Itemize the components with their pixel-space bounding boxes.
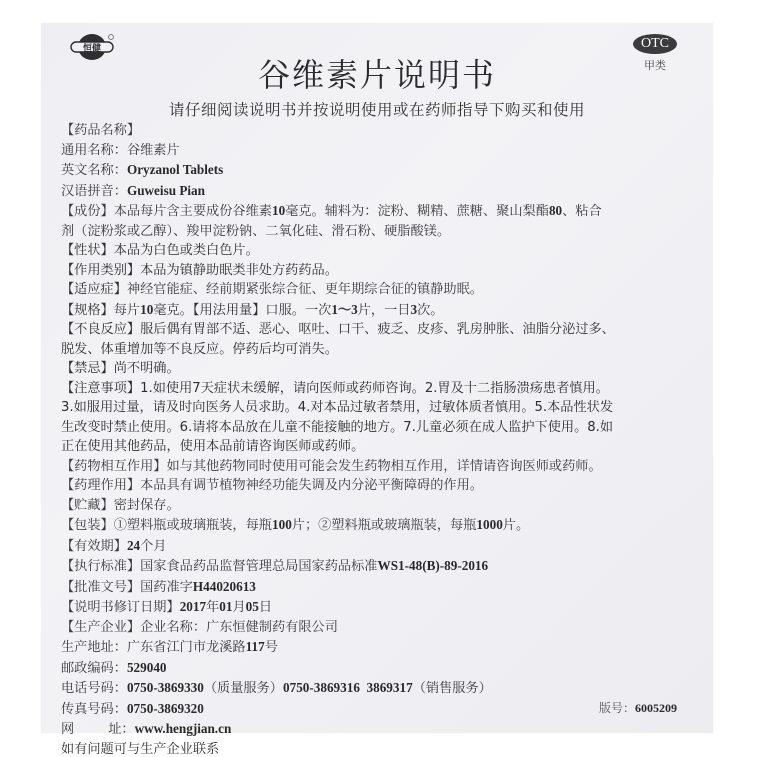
address-text: 广东省江门市龙溪路 bbox=[127, 640, 246, 655]
packaging-count: 1000 bbox=[476, 517, 502, 532]
section-heading: 【说明书修订日期】 bbox=[61, 600, 180, 615]
contraindications-row: 【禁忌】尚不明确。 bbox=[61, 359, 701, 379]
section-heading: 【注意事项】 bbox=[61, 381, 140, 396]
adverse-text: 脱发、体重增加等不良反应。停药后均可消失。 bbox=[61, 342, 338, 357]
version-value: 6005209 bbox=[635, 701, 677, 715]
revision-year: 2017 bbox=[180, 599, 206, 614]
usage-text: 次。 bbox=[417, 303, 443, 318]
precautions-text: 3.如服用过量，请及时向医务人员求助。4.对本品过敏者禁用，过敏体质者慎用。5.… bbox=[61, 400, 613, 415]
section-heading: 【性状】 bbox=[61, 243, 114, 258]
address-number: 117 bbox=[246, 639, 265, 654]
usage-text: 口服。一次 bbox=[265, 303, 331, 318]
section-heading: 【适应症】 bbox=[61, 282, 127, 297]
character-text: 本品为白色或类白色片。 bbox=[114, 243, 259, 258]
section-heading: 【生产企业】 bbox=[61, 620, 140, 635]
contraindications-text: 尚不明确。 bbox=[114, 361, 180, 376]
section-heading: 【药品名称】 bbox=[61, 123, 140, 138]
address-row: 生产地址：广东省江门市龙溪路117号 bbox=[61, 637, 701, 658]
indications-row: 【适应症】神经官能症、经前期紧张综合征、更年期综合征的镇静助眠。 bbox=[61, 280, 701, 300]
website-url: www.hengjian.cn bbox=[135, 721, 232, 736]
approval-code: H44020613 bbox=[193, 579, 256, 594]
precautions-row-3: 生改变时禁止使用。6.请将本品放在儿童不能接触的地方。7.儿童必须在成人监护下使… bbox=[61, 418, 701, 438]
leaflet-body: 【药品名称】 通用名称：谷维素片 英文名称：Oryzanol Tablets 汉… bbox=[61, 121, 701, 757]
field-label: 电话号码： bbox=[61, 681, 127, 696]
field-label: 生产地址： bbox=[61, 640, 127, 655]
version-number: 版号：6005209 bbox=[599, 699, 677, 716]
revision-month: 01 bbox=[219, 599, 232, 614]
category-text: 本品为镇静助眠类非处方药药品。 bbox=[140, 263, 338, 278]
section-heading: 【包装】 bbox=[61, 518, 114, 533]
pinyin-name: Guweisu Pian bbox=[127, 183, 205, 198]
interactions-row: 【药物相互作用】如与其他药物同时使用可能会发生药物相互作用，详情请咨询医师或药师… bbox=[61, 457, 701, 477]
composition-row-2: 剂（淀粉浆或乙醇）、羧甲淀粉钠、二氧化硅、滑石粉、硬脂酸镁。 bbox=[61, 222, 701, 242]
dose-value: 10 bbox=[272, 203, 285, 218]
section-heading: 【成份】 bbox=[61, 204, 114, 219]
field-label: 通用名称： bbox=[61, 143, 127, 158]
precautions-row-4: 正在使用其他药品，使用本品前请咨询医师或药师。 bbox=[61, 437, 701, 457]
fax-number: 0750-3869320 bbox=[127, 701, 204, 716]
composition-row: 【成份】本品每片含主要成份谷维素10毫克。辅料为：淀粉、糊精、蔗糖、聚山梨酯80… bbox=[61, 201, 701, 222]
adverse-row-2: 脱发、体重增加等不良反应。停药后均可消失。 bbox=[61, 340, 701, 360]
composition-text: 毫克。辅料为：淀粉、糊精、蔗糖、聚山梨酯 bbox=[285, 204, 549, 219]
postcode-row: 邮政编码：529040 bbox=[61, 658, 701, 679]
document-title: 谷维素片说明书 bbox=[41, 50, 713, 96]
interactions-text: 如与其他药物同时使用可能会发生药物相互作用，详情请咨询医师或药师。 bbox=[167, 459, 602, 474]
approval-text: 国药准字 bbox=[140, 580, 193, 595]
revision-row: 【说明书修订日期】2017年01月05日 bbox=[61, 597, 701, 618]
storage-text: 密封保存。 bbox=[114, 498, 180, 513]
character-row: 【性状】本品为白色或类白色片。 bbox=[61, 241, 701, 261]
pharmacology-text: 本品具有调节植物神经功能失调及内分泌平衡障碍的作用。 bbox=[140, 478, 483, 493]
date-unit: 月 bbox=[232, 600, 245, 615]
packaging-text: ①塑料瓶或玻璃瓶装，每瓶 bbox=[114, 518, 272, 533]
spec-text: 毫克。 bbox=[153, 303, 193, 318]
field-label: 网 bbox=[61, 722, 74, 737]
drug-name-heading: 【药品名称】 bbox=[61, 121, 701, 141]
precautions-row-2: 3.如服用过量，请及时向医务人员求助。4.对本品过敏者禁用，过敏体质者慎用。5.… bbox=[61, 398, 701, 418]
date-unit: 年 bbox=[206, 600, 219, 615]
packaging-count: 100 bbox=[272, 517, 292, 532]
section-heading: 【有效期】 bbox=[61, 539, 127, 554]
generic-name: 谷维素片 bbox=[127, 143, 180, 158]
english-name: Oryzanol Tablets bbox=[127, 162, 223, 177]
precautions-row: 【注意事项】1.如使用7天症状未缓解，请向医师或药师咨询。2.胃及十二指肠溃疡患… bbox=[61, 379, 701, 399]
spec-dose: 10 bbox=[140, 302, 153, 317]
field-label: 址： bbox=[108, 722, 134, 737]
category-row: 【作用类别】本品为镇静助眠类非处方药药品。 bbox=[61, 261, 701, 281]
section-heading: 【贮藏】 bbox=[61, 498, 114, 513]
precautions-text: 正在使用其他药品，使用本品前请咨询医师或药师。 bbox=[61, 439, 364, 454]
validity-row: 【有效期】24个月 bbox=[61, 536, 701, 557]
specification-row: 【规格】每片10毫克。【用法用量】口服。一次1～3片，一日3次。 bbox=[61, 300, 701, 321]
usage-text: 片，一日 bbox=[358, 303, 411, 318]
section-heading: 【执行标准】 bbox=[61, 559, 140, 574]
polysorbate-number: 80 bbox=[549, 203, 562, 218]
standard-text: 国家食品药品监督管理总局国家药品标准 bbox=[140, 559, 377, 574]
generic-name-row: 通用名称：谷维素片 bbox=[61, 141, 701, 161]
pharmacology-row: 【药理作用】本品具有调节植物神经功能失调及内分泌平衡障碍的作用。 bbox=[61, 476, 701, 496]
field-label: 英文名称： bbox=[61, 163, 127, 178]
storage-row: 【贮藏】密封保存。 bbox=[61, 496, 701, 516]
english-name-row: 英文名称：Oryzanol Tablets bbox=[61, 160, 701, 181]
approval-row: 【批准文号】国药准字H44020613 bbox=[61, 577, 701, 598]
phone-quality: 0750-3869330 bbox=[127, 680, 204, 695]
precautions-text: 1.如使用7天症状未缓解，请向医师或药师咨询。2.胃及十二指肠溃疡患者慎用。 bbox=[140, 381, 609, 396]
website-row: 网址：www.hengjian.cn bbox=[61, 719, 701, 740]
section-heading: 【药物相互作用】 bbox=[61, 459, 167, 474]
address-text: 号 bbox=[265, 640, 278, 655]
manufacturer-name: 广东恒健制药有限公司 bbox=[206, 620, 338, 635]
packaging-text: 片；②塑料瓶或玻璃瓶装，每瓶 bbox=[292, 518, 477, 533]
section-heading: 【药理作用】 bbox=[61, 478, 140, 493]
composition-text: 剂（淀粉浆或乙醇）、羧甲淀粉钠、二氧化硅、滑石粉、硬脂酸镁。 bbox=[61, 224, 450, 239]
validity-value: 24 bbox=[127, 538, 140, 553]
adverse-text: 服后偶有胃部不适、恶心、呕吐、口干、疲乏、皮疹、乳房肿胀、油脂分泌过多、 bbox=[140, 322, 615, 337]
usage-range: 1～3 bbox=[331, 302, 357, 317]
standard-row: 【执行标准】国家食品药品监督管理总局国家药品标准WS1-48(B)-89-201… bbox=[61, 556, 701, 577]
composition-text: 、粘合 bbox=[562, 204, 602, 219]
document-subtitle: 请仔细阅读说明书并按说明使用或在药师指导下购买和使用 bbox=[41, 98, 713, 120]
field-label: 邮政编码： bbox=[61, 661, 127, 676]
version-label: 版号： bbox=[599, 701, 635, 715]
date-unit: 日 bbox=[259, 600, 272, 615]
standard-code: WS1-48(B)-89-2016 bbox=[378, 558, 489, 573]
revision-day: 05 bbox=[246, 599, 259, 614]
precautions-text: 生改变时禁止使用。6.请将本品放在儿童不能接触的地方。7.儿童必须在成人监护下使… bbox=[61, 420, 613, 435]
phone-note: （质量服务） bbox=[204, 681, 283, 696]
field-label: 汉语拼音： bbox=[61, 184, 127, 199]
phone-note: （销售服务） bbox=[413, 681, 492, 696]
phone-sales: 0750-3869316 3869317 bbox=[283, 680, 413, 695]
section-heading: 【作用类别】 bbox=[61, 263, 140, 278]
packaging-row: 【包装】①塑料瓶或玻璃瓶装，每瓶100片；②塑料瓶或玻璃瓶装，每瓶1000片。 bbox=[61, 515, 701, 536]
field-label: 企业名称： bbox=[140, 620, 206, 635]
postcode: 529040 bbox=[127, 660, 167, 675]
field-label: 传真号码： bbox=[61, 702, 127, 717]
pinyin-row: 汉语拼音：Guweisu Pian bbox=[61, 181, 701, 202]
section-heading: 【批准文号】 bbox=[61, 580, 140, 595]
phone-row: 电话号码：0750-3869330（质量服务）0750-3869316 3869… bbox=[61, 678, 701, 699]
drug-leaflet: 恒健 OTC 甲类 谷维素片说明书 请仔细阅读说明书并按说明使用或在药师指导下购… bbox=[41, 23, 713, 733]
packaging-text: 片。 bbox=[503, 518, 529, 533]
spec-text: 每片 bbox=[114, 303, 140, 318]
manufacturer-row: 【生产企业】企业名称：广东恒健制药有限公司 bbox=[61, 618, 701, 638]
contact-note-text: 如有问题可与生产企业联系 bbox=[61, 742, 219, 757]
section-heading: 【规格】 bbox=[61, 303, 114, 318]
section-heading: 【不良反应】 bbox=[61, 322, 140, 337]
contact-note: 如有问题可与生产企业联系 bbox=[61, 740, 701, 757]
section-heading: 【禁忌】 bbox=[61, 361, 114, 376]
adverse-row: 【不良反应】服后偶有胃部不适、恶心、呕吐、口干、疲乏、皮疹、乳房肿胀、油脂分泌过… bbox=[61, 320, 701, 340]
validity-unit: 个月 bbox=[140, 539, 166, 554]
composition-text: 本品每片含主要成份谷维素 bbox=[114, 204, 272, 219]
indications-text: 神经官能症、经前期紧张综合征、更年期综合征的镇静助眠。 bbox=[127, 282, 483, 297]
section-heading: 【用法用量】 bbox=[193, 303, 266, 318]
